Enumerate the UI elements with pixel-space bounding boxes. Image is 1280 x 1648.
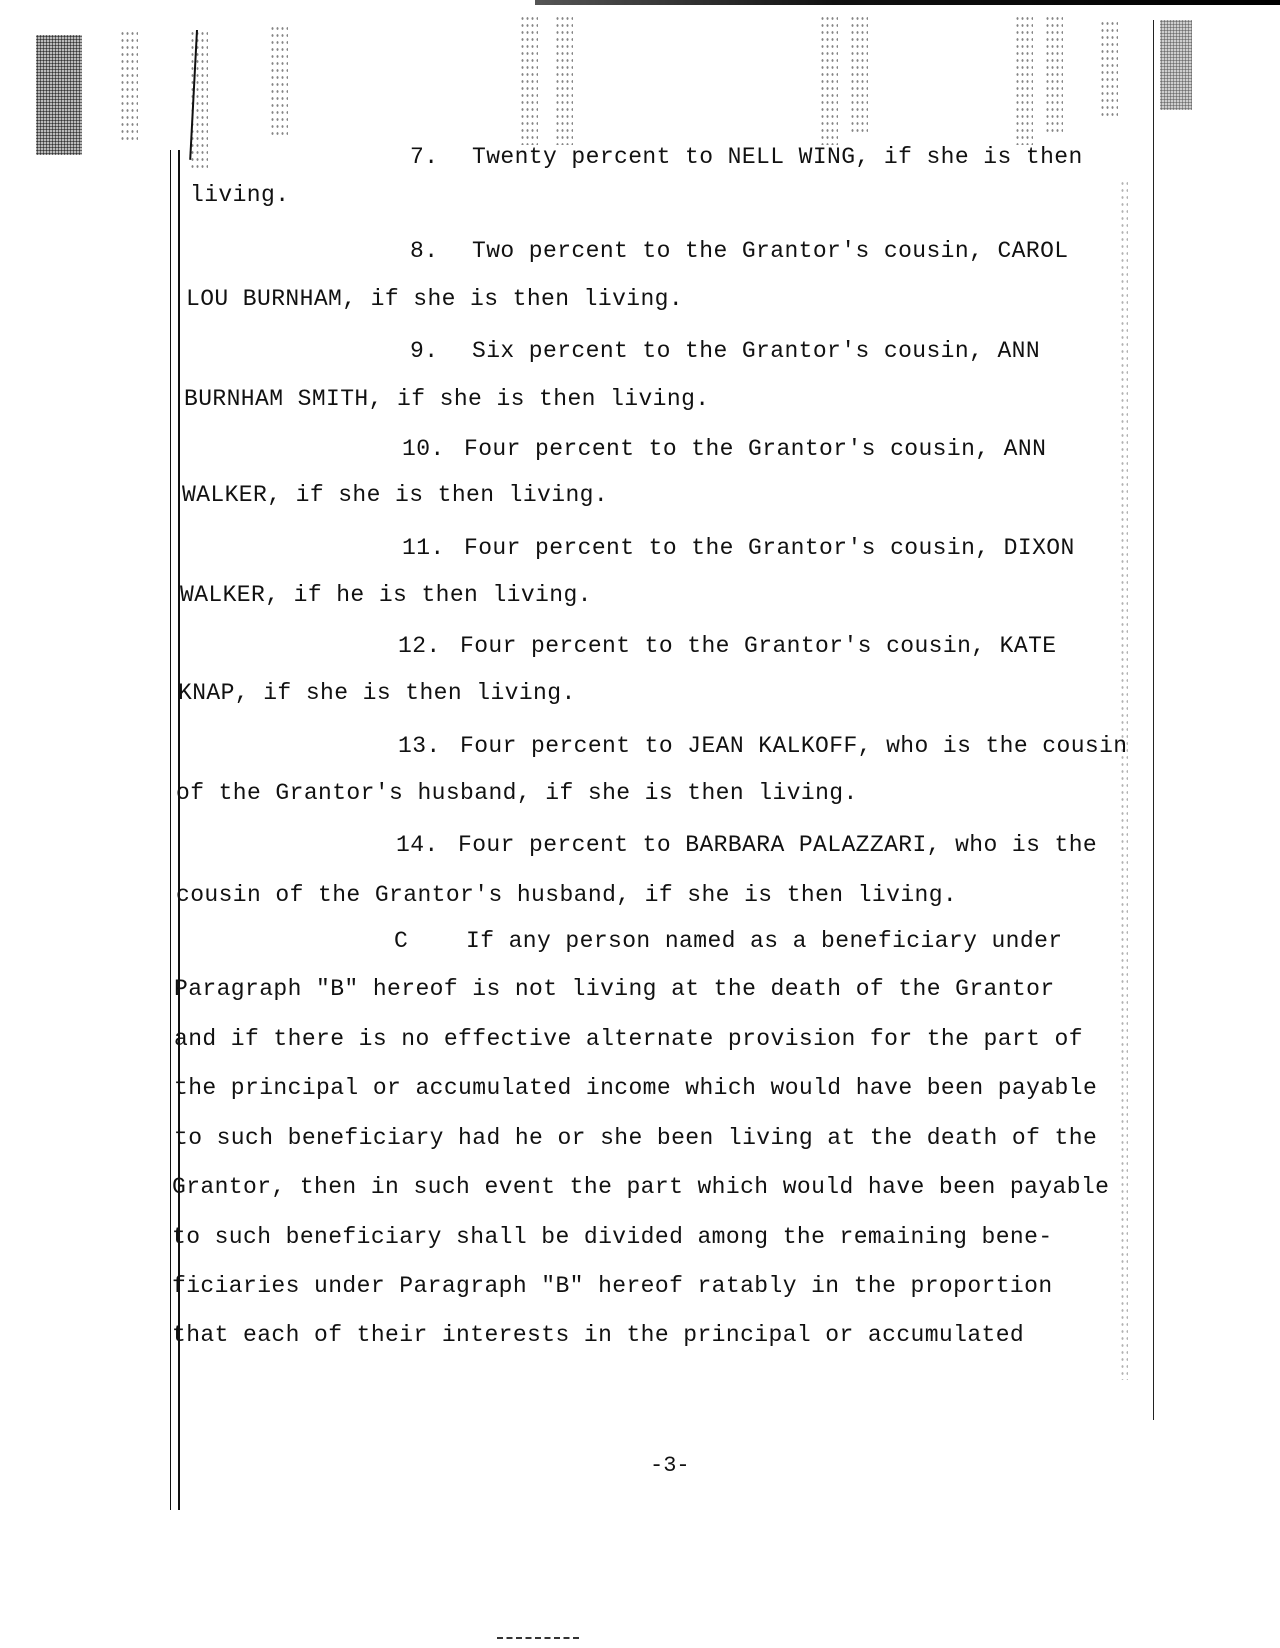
scan-noise: [1015, 15, 1033, 145]
scan-noise-right: [1160, 20, 1192, 110]
right-margin-line: [1153, 20, 1154, 1420]
scan-noise: [820, 15, 838, 145]
item-number: 12.: [398, 635, 460, 658]
paragraph-line: to such beneficiary had he or she been l…: [174, 1127, 1097, 1150]
item-text: Four percent to JEAN KALKOFF, who is the…: [460, 733, 1128, 759]
item-text-continuation: cousin of the Grantor's husband, if she …: [176, 884, 957, 907]
paragraph-line: and if there is no effective alternate p…: [174, 1028, 1083, 1051]
scan-noise: [520, 15, 538, 145]
item-text: Four percent to the Grantor's cousin, DI…: [464, 535, 1075, 561]
item-text: Four percent to BARBARA PALAZZARI, who i…: [458, 832, 1097, 858]
item-number: 10.: [402, 438, 464, 461]
left-margin-line: [170, 150, 171, 1510]
item-text-continuation: of the Grantor's husband, if she is then…: [176, 782, 858, 805]
item-number: 14.: [396, 834, 458, 857]
item-text: Four percent to the Grantor's cousin, AN…: [464, 436, 1046, 462]
scan-noise: [120, 30, 138, 140]
paragraph-line: Grantor, then in such event the part whi…: [172, 1176, 1109, 1199]
left-margin-line: [178, 150, 180, 1510]
item-text: Twenty percent to NELL WING, if she is t…: [472, 144, 1083, 170]
scan-noise: [555, 15, 573, 145]
paragraph-line: Paragraph "B" hereof is not living at th…: [174, 978, 1055, 1001]
item-text-continuation: living.: [190, 184, 289, 207]
item-number: 9.: [410, 340, 472, 363]
item-number: 11.: [402, 537, 464, 560]
scan-noise: [850, 15, 868, 135]
item-text-continuation: KNAP, if she is then living.: [178, 682, 576, 705]
paragraph-line: the principal or accumulated income whic…: [174, 1077, 1097, 1100]
item-text-continuation: BURNHAM SMITH, if she is then living.: [184, 388, 709, 411]
item-text-continuation: WALKER, if she is then living.: [182, 484, 608, 507]
scan-noise: [1120, 180, 1128, 1380]
item-number: 8.: [410, 240, 472, 263]
item-text: Six percent to the Grantor's cousin, ANN: [472, 338, 1040, 364]
paragraph-line: to such beneficiary shall be divided amo…: [172, 1226, 1053, 1249]
item-number: 7.: [410, 146, 472, 169]
scan-noise: [270, 25, 288, 135]
scan-noise: [1045, 15, 1063, 135]
paragraph-text: If any person named as a beneficiary und…: [466, 928, 1063, 954]
item-number: 13.: [398, 735, 460, 758]
scan-noise: [1100, 20, 1118, 120]
paragraph-line: ficiaries under Paragraph "B" hereof rat…: [172, 1275, 1053, 1298]
scan-bottom-mark: [497, 1637, 579, 1641]
scan-noise-left: [36, 35, 82, 155]
item-text: Four percent to the Grantor's cousin, KA…: [460, 633, 1057, 659]
item-text-continuation: LOU BURNHAM, if she is then living.: [186, 288, 683, 311]
item-text: Two percent to the Grantor's cousin, CAR…: [472, 238, 1069, 264]
paragraph-line: that each of their interests in the prin…: [172, 1324, 1024, 1347]
paragraph-label: C: [394, 930, 466, 953]
scan-edge-shadow: [535, 0, 1280, 5]
item-text-continuation: WALKER, if he is then living.: [180, 584, 592, 607]
page-number: -3-: [650, 1453, 690, 1478]
